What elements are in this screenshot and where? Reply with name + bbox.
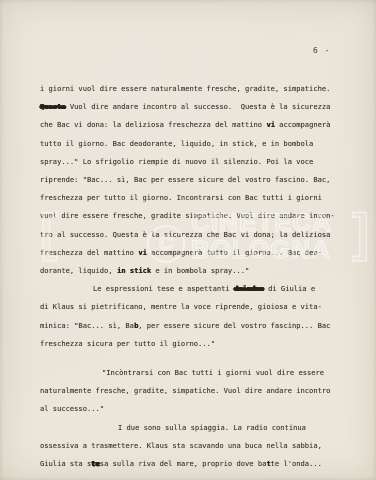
text-segment: Le espressioni tese e aspettanti	[93, 284, 234, 293]
text-segment-bold: vi	[138, 248, 147, 257]
text-line: vuol dire essere fresche, gradite simpat…	[40, 207, 348, 225]
text-segment-blot: te	[91, 459, 100, 468]
text-segment: "Incòntrarsi con Bac tutti i giorni vuol…	[102, 368, 324, 377]
text-line: Le espressioni tese e aspettanti dxixdxx…	[40, 280, 348, 298]
paragraph: i giorni vuol dire essere naturalmente f…	[40, 80, 348, 280]
text-line: freschezza per tutto il giorno. Incontra…	[40, 189, 348, 207]
text-segment: naturalmente fresche, gradite, simpatich…	[40, 386, 330, 395]
scanned-typescript-page: [ C CINETECA BOLOGNA ] 6 - i giorni vuol…	[0, 0, 376, 480]
text-segment: minica: "Bac... sì, Ba	[40, 321, 134, 330]
text-segment: e in bombola spray..."	[151, 266, 249, 275]
text-line: I due sono sulla spiaggia. La radio cont…	[40, 419, 348, 437]
text-segment: , per essere sicure del vostro fascinp..…	[138, 321, 330, 330]
text-line: i giorni vuol dire essere naturalmente f…	[40, 80, 348, 98]
text-segment: ossessiva a trasmettere. Klaus sta scava…	[40, 441, 322, 450]
text-segment: tutto il giorno. Bac deodorante, liquido…	[40, 139, 313, 148]
text-line: freschezza sicura per tutto il giorno...…	[40, 335, 348, 353]
text-segment: accompagnerà tutto il giorno... Bac deo-	[147, 248, 322, 257]
text-segment: sa sulla riva del mare, proprio dove ba	[100, 459, 267, 468]
text-line: tutto il giorno. Bac deodorante, liquido…	[40, 135, 348, 153]
page-number: 6 -	[313, 46, 330, 55]
text-segment: tro al successo. Questa è la sicurezza c…	[40, 230, 330, 239]
text-line: naturalmente fresche, gradite, simpatich…	[40, 382, 348, 400]
document-body: i giorni vuol dire essere naturalmente f…	[40, 80, 348, 473]
text-line: che Bac vi dona: la deliziosa freschezza…	[40, 116, 348, 134]
text-line: spray..." Lo sfrigolio riempie di nuovo …	[40, 153, 348, 171]
text-segment: freschezza del mattino	[40, 248, 138, 257]
text-segment-bold: in stick	[117, 266, 151, 275]
text-line: Questa Vuol dire andare incontro al succ…	[40, 98, 348, 116]
text-segment: al successo..."	[40, 404, 104, 413]
text-line: ossessiva a trasmettere. Klaus sta scava…	[40, 437, 348, 455]
text-line: tro al successo. Questa è la sicurezza c…	[40, 226, 348, 244]
text-segment: freschezza sicura per tutto il giorno...…	[40, 339, 215, 348]
text-segment: di Giulia e	[264, 284, 315, 293]
paragraph: "Incòntrarsi con Bac tutti i giorni vuol…	[40, 364, 348, 419]
text-line: Giulia sta stesa sulla riva del mare, pr…	[40, 455, 348, 473]
text-segment: freschezza per tutto il giorno. Incontra…	[40, 193, 322, 202]
text-segment: Vuol dire andare incontro al successo. Q…	[66, 102, 331, 111]
text-segment: che Bac vi dona: la deliziosa freschezza…	[40, 120, 266, 129]
text-segment: accompagnerà	[275, 120, 331, 129]
text-segment-bold: vi	[266, 120, 275, 129]
watermark-bracket-right-icon: ]	[352, 207, 369, 259]
text-segment: i giorni vuol dire essere naturalmente f…	[40, 84, 330, 93]
text-line: al successo..."	[40, 400, 348, 418]
text-line: minica: "Bac... sì, Bab, per essere sicu…	[40, 317, 348, 335]
text-segment: te l'onda...	[271, 459, 322, 468]
text-segment: vuol dire essere fresche, gradite simpat…	[40, 211, 335, 220]
paragraph: I due sono sulla spiaggia. La radio cont…	[40, 419, 348, 474]
text-segment: dorante, liquido,	[40, 266, 117, 275]
text-segment-struck: dxixdxx	[234, 284, 264, 293]
text-segment-struck: Questa	[40, 102, 66, 111]
text-line: di Klaus si pietrificano, mentre la voce…	[40, 298, 348, 316]
text-segment: di Klaus si pietrificano, mentre la voce…	[40, 302, 322, 311]
text-segment: I due sono sulla spiaggia. La radio cont…	[118, 423, 306, 432]
text-line: freschezza del mattino vi accompagnerà t…	[40, 244, 348, 262]
text-line: dorante, liquido, in stick e in bombola …	[40, 262, 348, 280]
text-line: riprende: "Bac... sì, Bac per essere sic…	[40, 171, 348, 189]
text-segment: spray..." Lo sfrigolio riempie di nuovo …	[40, 157, 313, 166]
text-segment: Giulia sta s	[40, 459, 91, 468]
paragraph: Le espressioni tese e aspettanti dxixdxx…	[40, 280, 348, 353]
text-segment: riprende: "Bac... sì, Bac per essere sic…	[40, 175, 330, 184]
text-line: "Incòntrarsi con Bac tutti i giorni vuol…	[40, 364, 348, 382]
